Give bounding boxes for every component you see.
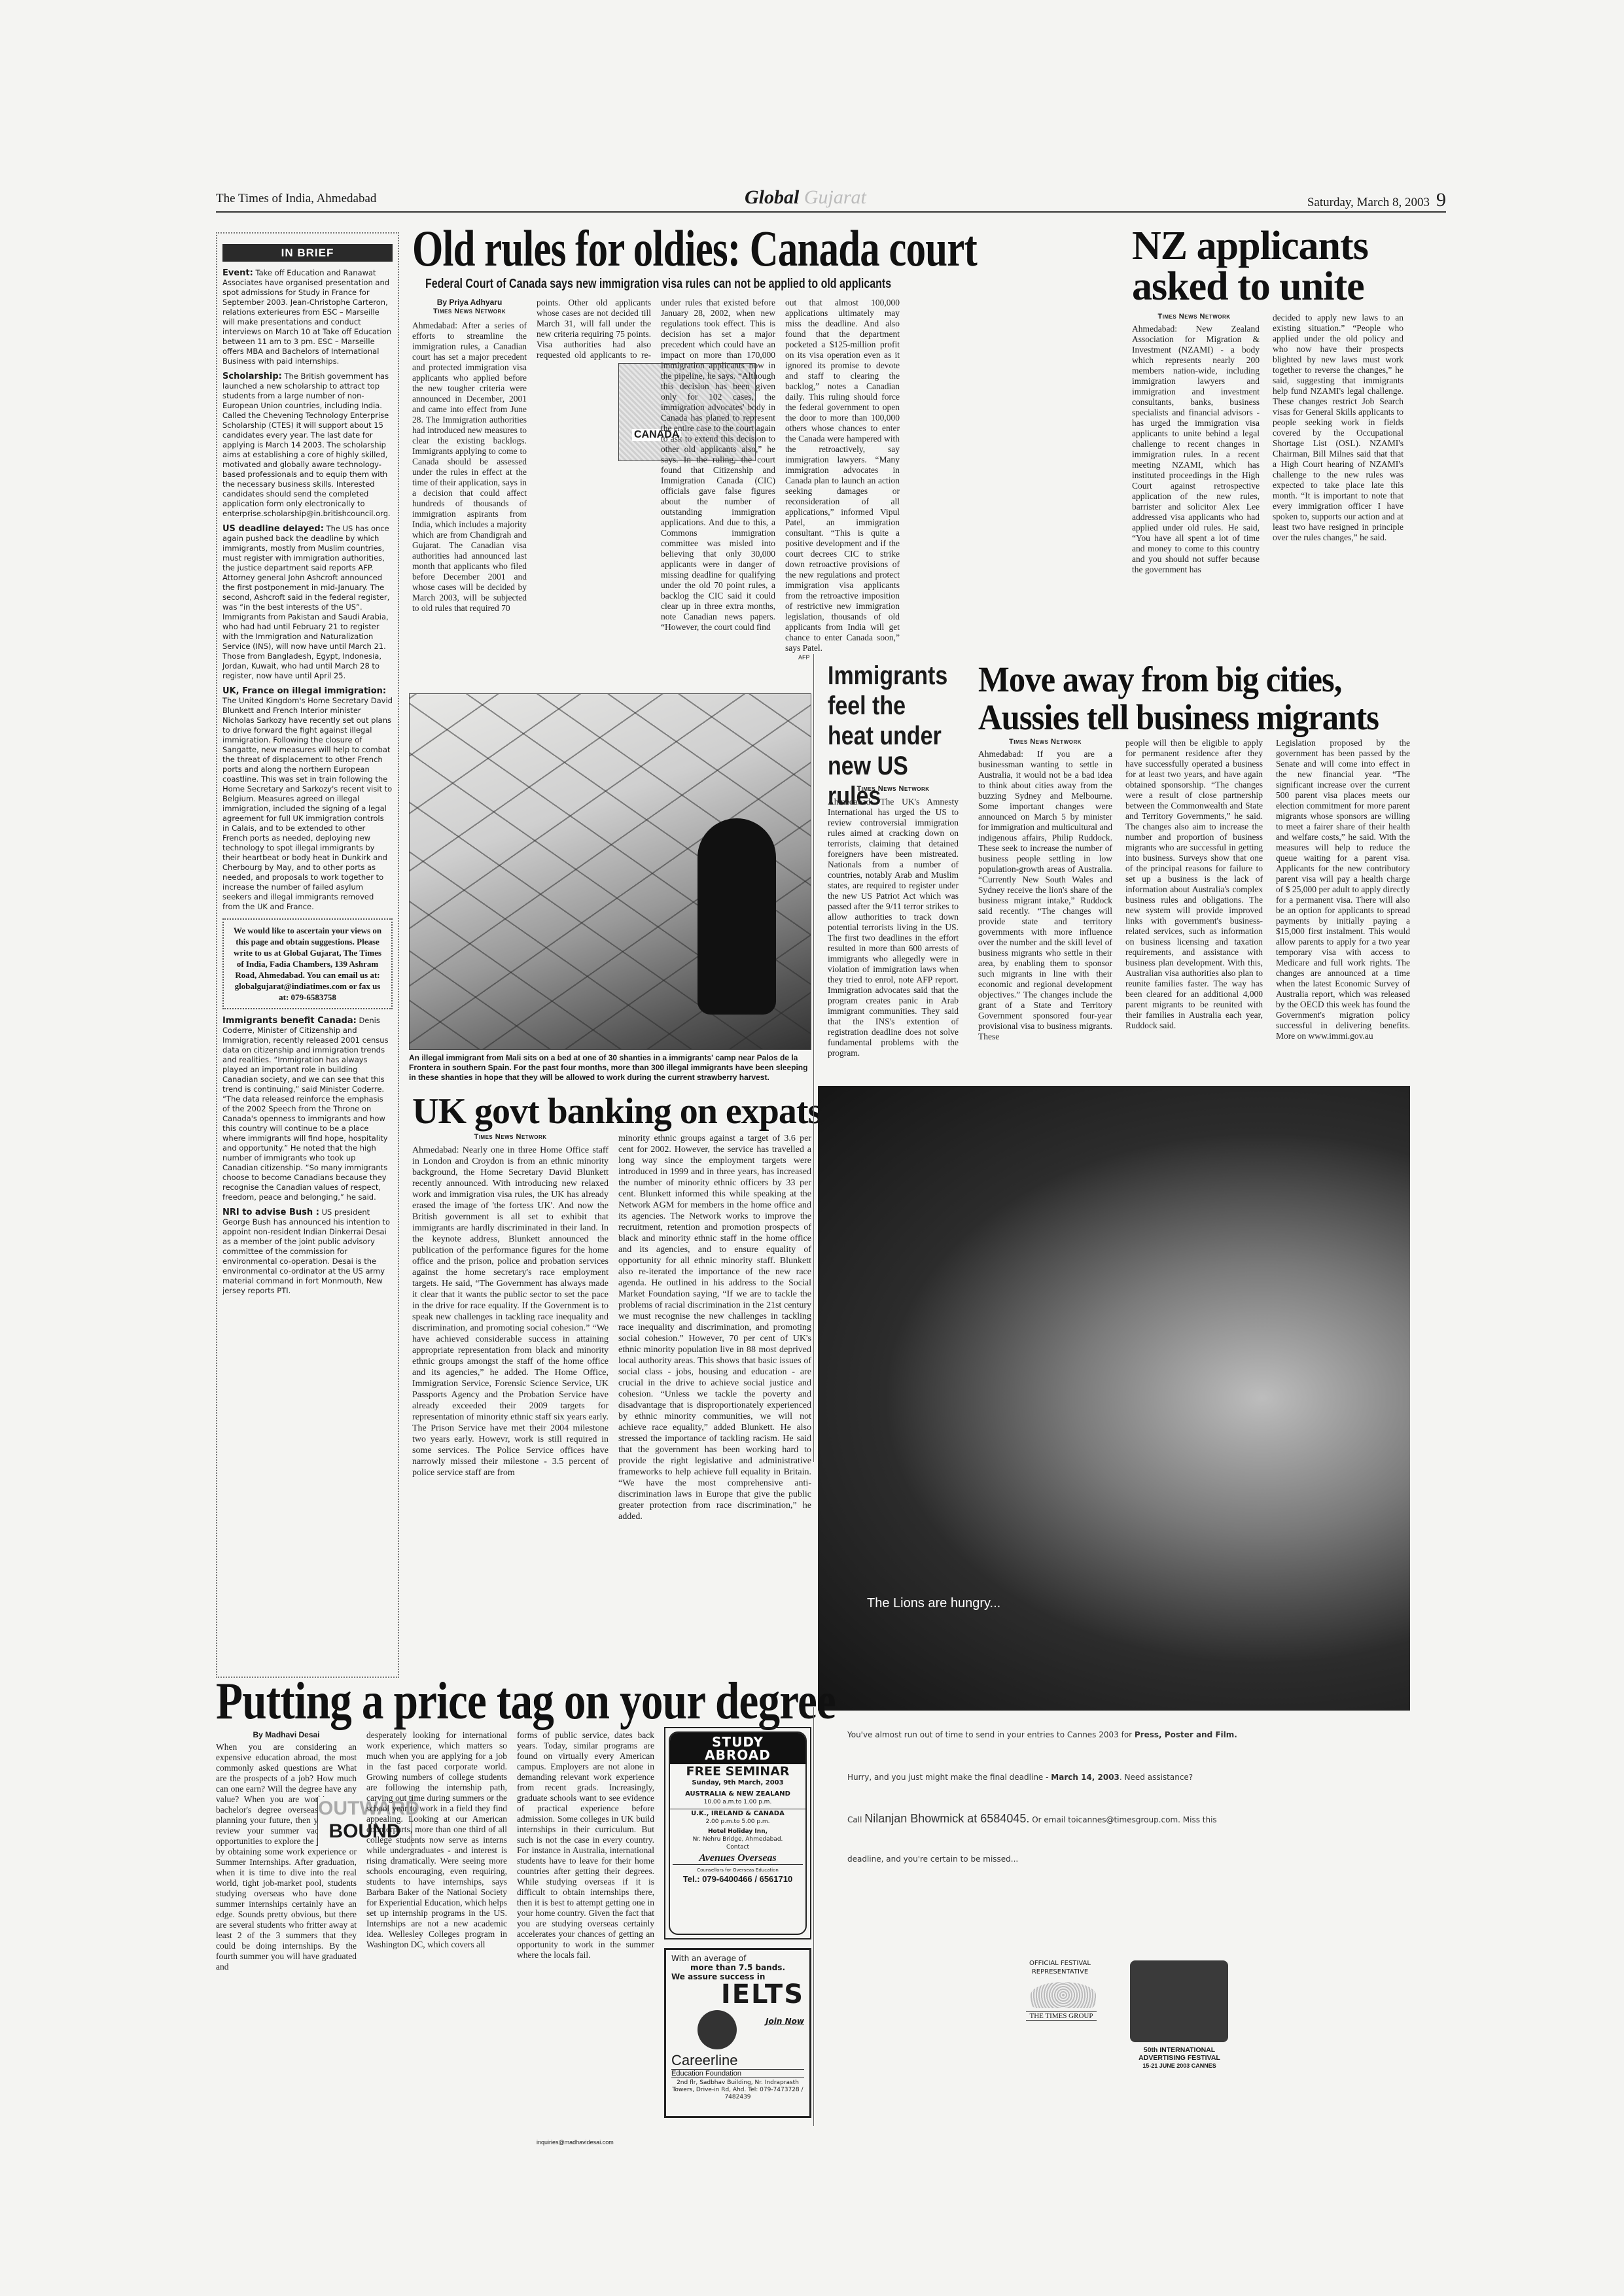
brief-item: Event: Take off Education and Ranawat As… <box>222 268 393 366</box>
brief-label: Event: <box>222 268 253 278</box>
nz-col-1: Ahmedabad: New Zealand Association for M… <box>1132 324 1260 654</box>
canada-agency: Times News Network <box>412 307 527 315</box>
ielts-ad: With an average of more than 7.5 bands. … <box>664 1948 811 2118</box>
venue: Hotel Holiday Inn, <box>670 1828 805 1835</box>
canada-col-1: Ahmedabad: After a series of efforts to … <box>412 321 527 654</box>
nz-col-2: decided to apply new laws to an existing… <box>1273 313 1403 654</box>
festival-line2: ADVERTISING FESTIVAL <box>1125 2054 1233 2062</box>
cannes-deadline: March 14, 2003 <box>1051 1773 1120 1782</box>
photo-credit: AFP <box>798 654 810 661</box>
page-number: 9 <box>1436 189 1446 211</box>
ielts-line1: With an average of <box>671 1954 804 1963</box>
brief-label: UK, France on illegal immigration: <box>222 686 386 696</box>
immigrant-camp-photo <box>409 693 811 1050</box>
session2-region: U.K., IRELAND & CANADA <box>670 1809 805 1818</box>
ielts-title: IELTS <box>671 1981 804 2008</box>
festival-line1: 50th INTERNATIONAL <box>1125 2046 1233 2054</box>
brief-text: The United Kingdom's Home Secretary Davi… <box>222 696 393 911</box>
brief-text: US president George Bush has announced h… <box>222 1208 390 1295</box>
us-body: Ahmedabad: The UK's Amnesty Internationa… <box>828 797 959 1085</box>
publication-name: The Times of India, Ahmedabad <box>216 192 376 206</box>
brief-item: Immigrants benefit Canada: Denis Coderre… <box>222 1016 393 1202</box>
column-divider <box>813 654 814 1462</box>
brief-item: Scholarship: The British government has … <box>222 372 393 519</box>
photo-caption: An illegal immigrant from Mali sits on a… <box>409 1053 811 1083</box>
masthead: The Times of India, Ahmedabad Global Guj… <box>216 186 1446 213</box>
lions-tagline: The Lions are hungry... <box>867 1596 1000 1611</box>
date-text: Saturday, March 8, 2003 <box>1307 196 1430 209</box>
silhouette-figure <box>697 818 776 1015</box>
free-seminar: FREE SEMINAR <box>670 1764 805 1779</box>
cannes-email: Or email toicannes@timesgroup.com. Miss … <box>1029 1815 1216 1824</box>
section-title-b: Gujarat <box>804 186 866 208</box>
cannes-line2-end: . Need assistance? <box>1120 1773 1193 1782</box>
careerline-name: Careerline <box>671 2052 804 2070</box>
degree-headline: Putting a price tag on your degree <box>216 1675 836 1728</box>
careerline-logo-icon <box>697 2010 737 2049</box>
cannes-ad-copy: You've almost run out of time to send in… <box>818 1714 1410 2106</box>
festival-info: 50th INTERNATIONAL ADVERTISING FESTIVAL … <box>1125 2046 1233 2070</box>
brief-text: The British government has launched a ne… <box>222 372 391 518</box>
ielts-line2: more than 7.5 bands. <box>671 1963 804 1972</box>
company-name: Avenues Overseas <box>673 1852 803 1865</box>
cannes-line2-text: Hurry, and you just might make the final… <box>847 1773 1051 1782</box>
join-now: Join Now <box>766 2017 804 2026</box>
uk-headline: UK govt banking on expats <box>412 1092 821 1130</box>
brief-text: The US has once again pushed back the de… <box>222 524 389 680</box>
uk-col-1: Ahmedabad: Nearly one in three Home Offi… <box>412 1145 609 1675</box>
uk-agency: Times News Network <box>412 1133 609 1141</box>
in-brief-title: IN BRIEF <box>222 244 393 262</box>
call-label: Call <box>847 1815 864 1824</box>
column-divider <box>813 1707 814 2126</box>
canada-headline: Old rules for oldies: Canada court <box>412 222 977 275</box>
cannes-line1-text: You've almost run out of time to send in… <box>847 1730 1135 1739</box>
brief-label: NRI to advise Bush : <box>222 1208 319 1217</box>
nz-agency: Times News Network <box>1132 313 1256 321</box>
contact-label: Contact <box>670 1843 805 1851</box>
festival-dates: 15-21 JUNE 2003 CANNES <box>1125 2062 1233 2070</box>
ad-title: STUDYABROAD <box>670 1733 805 1764</box>
section-title-a: Global <box>745 186 799 208</box>
session1-region: AUSTRALIA & NEW ZEALAND <box>670 1790 805 1798</box>
degree-footer: inquiries@madhavidesai.com <box>537 2139 614 2146</box>
careerline-address: 2nd flr, Sadbhav Building, Nr. Indrapras… <box>671 2079 804 2101</box>
study-abroad-ad: STUDYABROAD FREE SEMINAR Sunday, 9th Mar… <box>664 1727 811 1939</box>
ad-title-b: ABROAD <box>670 1748 805 1762</box>
times-group-emblem-icon <box>1031 1982 1096 2008</box>
times-group-name: THE TIMES GROUP <box>1026 2011 1097 2021</box>
cannes-lion-logo-icon <box>1130 1960 1228 2042</box>
brief-item: US deadline delayed: The US has once aga… <box>222 524 393 681</box>
issue-date: Saturday, March 8, 20039 <box>1307 189 1446 211</box>
canada-col-2b <box>537 468 651 654</box>
cannes-line1-bold: Press, Poster and Film. <box>1135 1730 1237 1739</box>
session1-time: 10.00 a.m.to 1.00 p.m. <box>670 1798 805 1806</box>
cannes-line1: You've almost run out of time to send in… <box>847 1730 1237 1739</box>
section-title: Global Gujarat <box>745 186 866 209</box>
company-tagline: Counsellors for Overseas Education <box>670 1866 805 1874</box>
us-agency: Times News Network <box>828 785 959 793</box>
degree-byline: By Madhavi Desai <box>216 1730 357 1739</box>
brief-label: Scholarship: <box>222 372 282 381</box>
in-brief-column: IN BRIEF Event: Take off Education and R… <box>216 232 399 1678</box>
brief-text: Take off Education and Ranawat Associate… <box>222 268 391 366</box>
ad-title-a: STUDY <box>670 1735 805 1748</box>
aussie-headline: Move away from big cities, Aussies tell … <box>978 661 1388 737</box>
aussie-col-2: people will then be eligible to apply fo… <box>1125 738 1263 1083</box>
cannes-line3: Call Nilanjan Bhowmick at 6584045. Or em… <box>847 1812 1217 1826</box>
cannes-ad-image: The Lions are hungry... <box>818 1086 1410 1711</box>
feedback-box: We would like to ascertain your views on… <box>222 918 393 1009</box>
canada-byline: By Priya Adhyaru <box>412 298 527 307</box>
degree-col-2: desperately looking for international wo… <box>366 1730 507 2149</box>
cannes-line2: Hurry, and you just might make the final… <box>847 1773 1193 1782</box>
degree-col-3: forms of public service, dates back year… <box>517 1730 654 2129</box>
canada-col-4: out that almost 100,000 applications ult… <box>785 298 900 654</box>
contact-name: Nilanjan Bhowmick at 6584045. <box>864 1812 1029 1825</box>
brief-item: UK, France on illegal immigration: The U… <box>222 686 393 912</box>
aussie-col-1: Ahmedabad: If you are a businessman want… <box>978 749 1112 1083</box>
brief-text: Denis Coderre, Minister of Citizenship a… <box>222 1016 389 1202</box>
careerline-sub: Education Foundation <box>671 2070 804 2078</box>
brief-item: NRI to advise Bush : US president George… <box>222 1208 393 1296</box>
aussie-agency: Times News Network <box>978 738 1112 746</box>
canada-col-3: under rules that existed before January … <box>661 298 775 654</box>
brief-label: Immigrants benefit Canada: <box>222 1016 357 1026</box>
venue-address: Nr. Nehru Bridge, Ahmedabad. <box>670 1835 805 1843</box>
brief-label: US deadline delayed: <box>222 524 324 534</box>
aussie-col-3: Legislation proposed by the government h… <box>1276 738 1410 1083</box>
session2-time: 2.00 p.m.to 5.00 p.m. <box>670 1818 805 1826</box>
uk-col-2: minority ethnic groups against a target … <box>618 1133 811 1675</box>
canada-col-2: points. Other old applicants whose cases… <box>537 298 651 360</box>
festival-rep-label: OFFICIAL FESTIVAL REPRESENTATIVE <box>1017 1959 1103 1976</box>
seminar-date: Sunday, 9th March, 2003 <box>670 1779 805 1787</box>
cannes-line4: deadline, and you're certain to be misse… <box>847 1854 1018 1864</box>
canada-subhead: Federal Court of Canada says new immigra… <box>425 277 891 292</box>
phone: Tel.: 079-6400466 / 6561710 <box>670 1874 805 1884</box>
nz-headline: NZ applicants asked to unite <box>1132 226 1433 307</box>
